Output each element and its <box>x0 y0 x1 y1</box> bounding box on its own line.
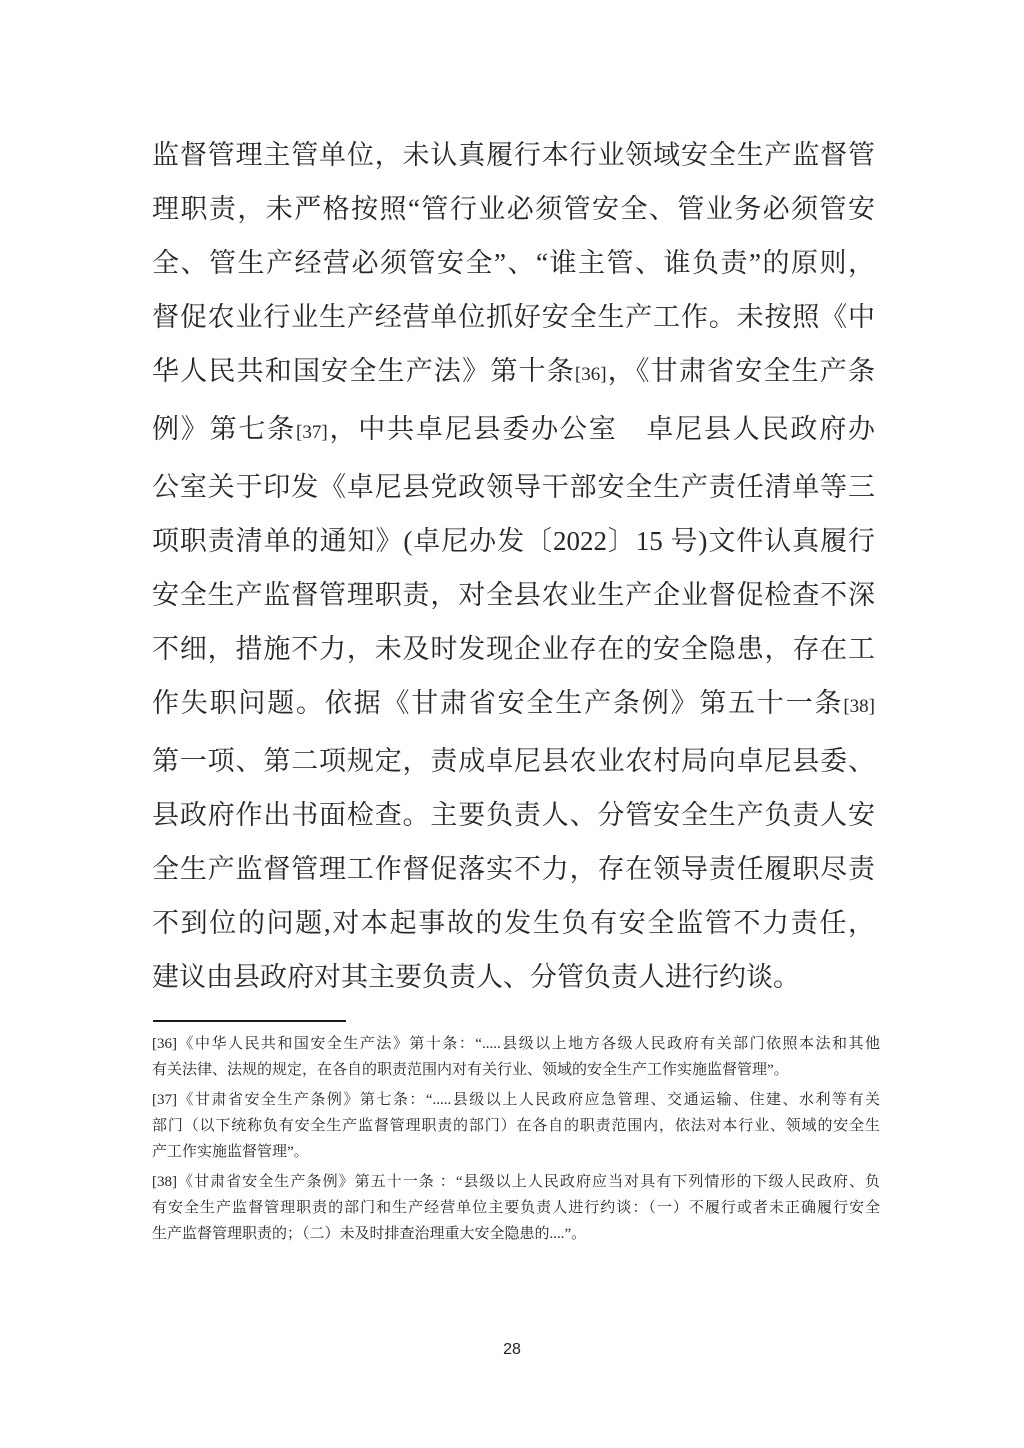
text-run: ，中共卓尼县委办公室 卓尼县人民政府办 <box>328 414 875 444</box>
text-run: 全、管生产经营必须管安全”、“谁主管、谁负责”的原则， <box>152 248 875 278</box>
body-line: 例》第七条[37]，中共卓尼县委办公室 卓尼县人民政府办 <box>152 402 875 460</box>
text-run: 公室关于印发《卓尼县党政领导干部安全生产责任清单等三 <box>152 472 875 502</box>
text-run: 安全生产监督管理职责，对全县农业生产企业督促检查不深 <box>152 580 875 610</box>
footnote-line: [36]《中华人民共和国安全生产法》第十条：“.....县级以上地方各级人民政府… <box>152 1031 880 1057</box>
footnote-line: 部门（以下统称负有安全生产监督管理职责的部门）在各自的职责范围内，依法对本行业、… <box>152 1113 880 1139</box>
footnotes-section: [36]《中华人民共和国安全生产法》第十条：“.....县级以上地方各级人民政府… <box>152 1031 880 1251</box>
text-run: 不细，措施不力，未及时发现企业存在的安全隐患，存在工 <box>152 634 875 664</box>
text-run: 有安全生产监督管理职责的部门和生产经营单位主要负责人进行约谈：（一）不履行或者未… <box>152 1200 880 1216</box>
text-run: 作失职问题。依据《甘肃省安全生产条例》第五十一条 <box>152 688 843 718</box>
footnote-ref-marker: [36] <box>575 364 607 385</box>
text-run: 不到位的问题,对本起事故的发生负有安全监管不力责任， <box>152 908 875 938</box>
footnote-line: 有安全生产监督管理职责的部门和生产经营单位主要负责人进行约谈：（一）不履行或者未… <box>152 1195 880 1221</box>
body-line: 安全生产监督管理职责，对全县农业生产企业督促检查不深 <box>152 568 875 622</box>
body-line: 作失职问题。依据《甘肃省安全生产条例》第五十一条[38] <box>152 676 875 734</box>
footnote-ref-marker: [38] <box>843 696 875 717</box>
body-line: 公室关于印发《卓尼县党政领导干部安全生产责任清单等三 <box>152 460 875 514</box>
page-number: 28 <box>0 1341 1024 1359</box>
footnote-line: 生产监督管理职责的；（二）未及时排查治理重大安全隐患的....”。 <box>152 1221 880 1247</box>
text-run: 县政府作出书面检查。主要负责人、分管安全生产负责人安 <box>152 800 875 830</box>
body-line: 不细，措施不力，未及时发现企业存在的安全隐患，存在工 <box>152 622 875 676</box>
body-line: 第一项、第二项规定，责成卓尼县农业农村局向卓尼县委、 <box>152 734 875 788</box>
text-run: 华人民共和国安全生产法》第十条 <box>152 356 575 386</box>
text-run: 理职责，未严格按照“管行业必须管安全、管业务必须管安 <box>152 194 875 224</box>
body-line: 全、管生产经营必须管安全”、“谁主管、谁负责”的原则， <box>152 236 875 290</box>
body-line: 县政府作出书面检查。主要负责人、分管安全生产负责人安 <box>152 788 875 842</box>
body-line: 督促农业行业生产经营单位抓好安全生产工作。未按照《中 <box>152 290 875 344</box>
text-run: [37]《甘肃省安全生产条例》第七条：“.....县级以上人民政府应急管理、交通… <box>152 1092 880 1108</box>
body-line: 监督管理主管单位，未认真履行本行业领域安全生产监督管 <box>152 128 875 182</box>
body-line: 全生产监督管理工作督促落实不力，存在领导责任履职尽责 <box>152 842 875 896</box>
body-line: 理职责，未严格按照“管行业必须管安全、管业务必须管安 <box>152 182 875 236</box>
footnote-item: [38]《甘肃省安全生产条例》第五十一条 ：“县级以上人民政府应当对具有下列情形… <box>152 1169 880 1247</box>
text-run: 产工作实施监督管理”。 <box>152 1144 309 1160</box>
footnote-item: [37]《甘肃省安全生产条例》第七条：“.....县级以上人民政府应急管理、交通… <box>152 1087 880 1165</box>
footnote-line: 有关法律、法规的规定，在各自的职责范围内对有关行业、领域的安全生产工作实施监督管… <box>152 1057 880 1083</box>
body-line: 建议由县政府对其主要负责人、分管负责人进行约谈。 <box>152 950 875 1004</box>
text-run: [36]《中华人民共和国安全生产法》第十条：“.....县级以上地方各级人民政府… <box>152 1036 880 1052</box>
body-line: 不到位的问题,对本起事故的发生负有安全监管不力责任， <box>152 896 875 950</box>
text-run: 全生产监督管理工作督促落实不力，存在领导责任履职尽责 <box>152 854 875 884</box>
text-run: ，《甘肃省安全生产条 <box>607 356 875 386</box>
text-run: 监督管理主管单位，未认真履行本行业领域安全生产监督管 <box>152 140 875 170</box>
text-run: 项职责清单的通知》(卓尼办发〔2022〕15 号)文件认真履行 <box>152 526 875 556</box>
text-run: 部门（以下统称负有安全生产监督管理职责的部门）在各自的职责范围内，依法对本行业、… <box>152 1118 880 1134</box>
main-paragraph: 监督管理主管单位，未认真履行本行业领域安全生产监督管理职责，未严格按照“管行业必… <box>152 128 875 1004</box>
footnote-line: 产工作实施监督管理”。 <box>152 1139 880 1165</box>
footnote-item: [36]《中华人民共和国安全生产法》第十条：“.....县级以上地方各级人民政府… <box>152 1031 880 1083</box>
footnote-line: [37]《甘肃省安全生产条例》第七条：“.....县级以上人民政府应急管理、交通… <box>152 1087 880 1113</box>
text-run: 督促农业行业生产经营单位抓好安全生产工作。未按照《中 <box>152 302 875 332</box>
text-run: 生产监督管理职责的；（二）未及时排查治理重大安全隐患的....”。 <box>152 1226 586 1242</box>
footnote-line: [38]《甘肃省安全生产条例》第五十一条 ：“县级以上人民政府应当对具有下列情形… <box>152 1169 880 1195</box>
body-line: 项职责清单的通知》(卓尼办发〔2022〕15 号)文件认真履行 <box>152 514 875 568</box>
text-run: 建议由县政府对其主要负责人、分管负责人进行约谈。 <box>152 962 800 992</box>
body-line: 华人民共和国安全生产法》第十条[36]，《甘肃省安全生产条 <box>152 344 875 402</box>
footnote-ref-marker: [37] <box>296 422 328 443</box>
text-run: 第一项、第二项规定，责成卓尼县农业农村局向卓尼县委、 <box>152 746 875 776</box>
document-page: 监督管理主管单位，未认真履行本行业领域安全生产监督管理职责，未严格按照“管行业必… <box>0 0 1024 1448</box>
text-run: 有关法律、法规的规定，在各自的职责范围内对有关行业、领域的安全生产工作实施监督管… <box>152 1062 789 1078</box>
text-run: 例》第七条 <box>152 414 296 444</box>
footnote-separator <box>153 1020 346 1022</box>
text-run: [38]《甘肃省安全生产条例》第五十一条 ：“县级以上人民政府应当对具有下列情形… <box>152 1174 880 1190</box>
